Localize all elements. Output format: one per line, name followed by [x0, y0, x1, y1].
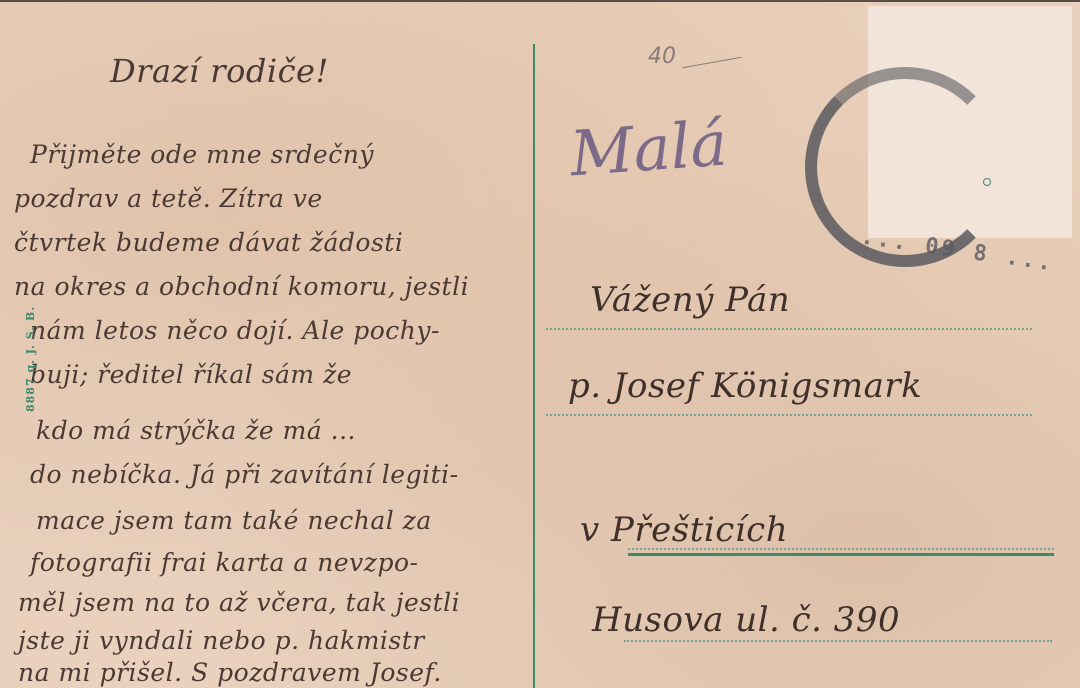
message-line: do nebíčka. Já při zavítání legiti-: [30, 460, 459, 489]
message-line: mace jsem tam také nechal za: [36, 506, 432, 535]
message-line: jste ji vyndali nebo p. hakmistr: [18, 626, 425, 655]
address-line-4: Husova ul. č. 390: [592, 600, 900, 640]
message-line: fotografii frai karta a nevzpo-: [30, 548, 418, 577]
address-line-2: p. Josef Königsmark: [568, 366, 922, 406]
address-line-3: v Přešticích: [580, 510, 788, 550]
message-line: nám letos něco dojí. Ale pochy-: [30, 316, 440, 345]
message-line: kdo má strýčka že má ...: [36, 416, 356, 445]
message-line: na okres a obchodní komoru, jestli: [14, 272, 469, 301]
printer-imprint: 8887 q. J. S. B.: [24, 306, 37, 412]
postcard-back: Drazí rodiče! Přijměte ode mne srdečný p…: [0, 0, 1080, 688]
address-underline: [628, 553, 1054, 556]
address-line-1: Vážený Pán: [590, 280, 790, 320]
address-dotted-line: [628, 548, 1054, 550]
message-line: čtvrtek budeme dávat žádosti: [14, 228, 403, 257]
message-line: pozdrav a tetě. Zítra ve: [14, 184, 323, 213]
pencil-number: 40: [648, 44, 676, 69]
message-line: na mi přišel. S pozdravem Josef.: [18, 658, 442, 687]
address-dotted-line: [624, 640, 1052, 642]
salutation: Drazí rodiče!: [110, 52, 329, 90]
message-line: Přijměte ode mne srdečný: [30, 140, 374, 169]
message-line: měl jsem na to až včera, tak jestli: [18, 588, 460, 617]
message-line: buji; ředitel říkal sám že: [30, 360, 352, 389]
center-divider-line: [533, 44, 535, 688]
pencil-note: Malá: [568, 107, 730, 191]
address-dotted-line: [546, 414, 1032, 416]
address-dotted-line: [546, 328, 1032, 330]
